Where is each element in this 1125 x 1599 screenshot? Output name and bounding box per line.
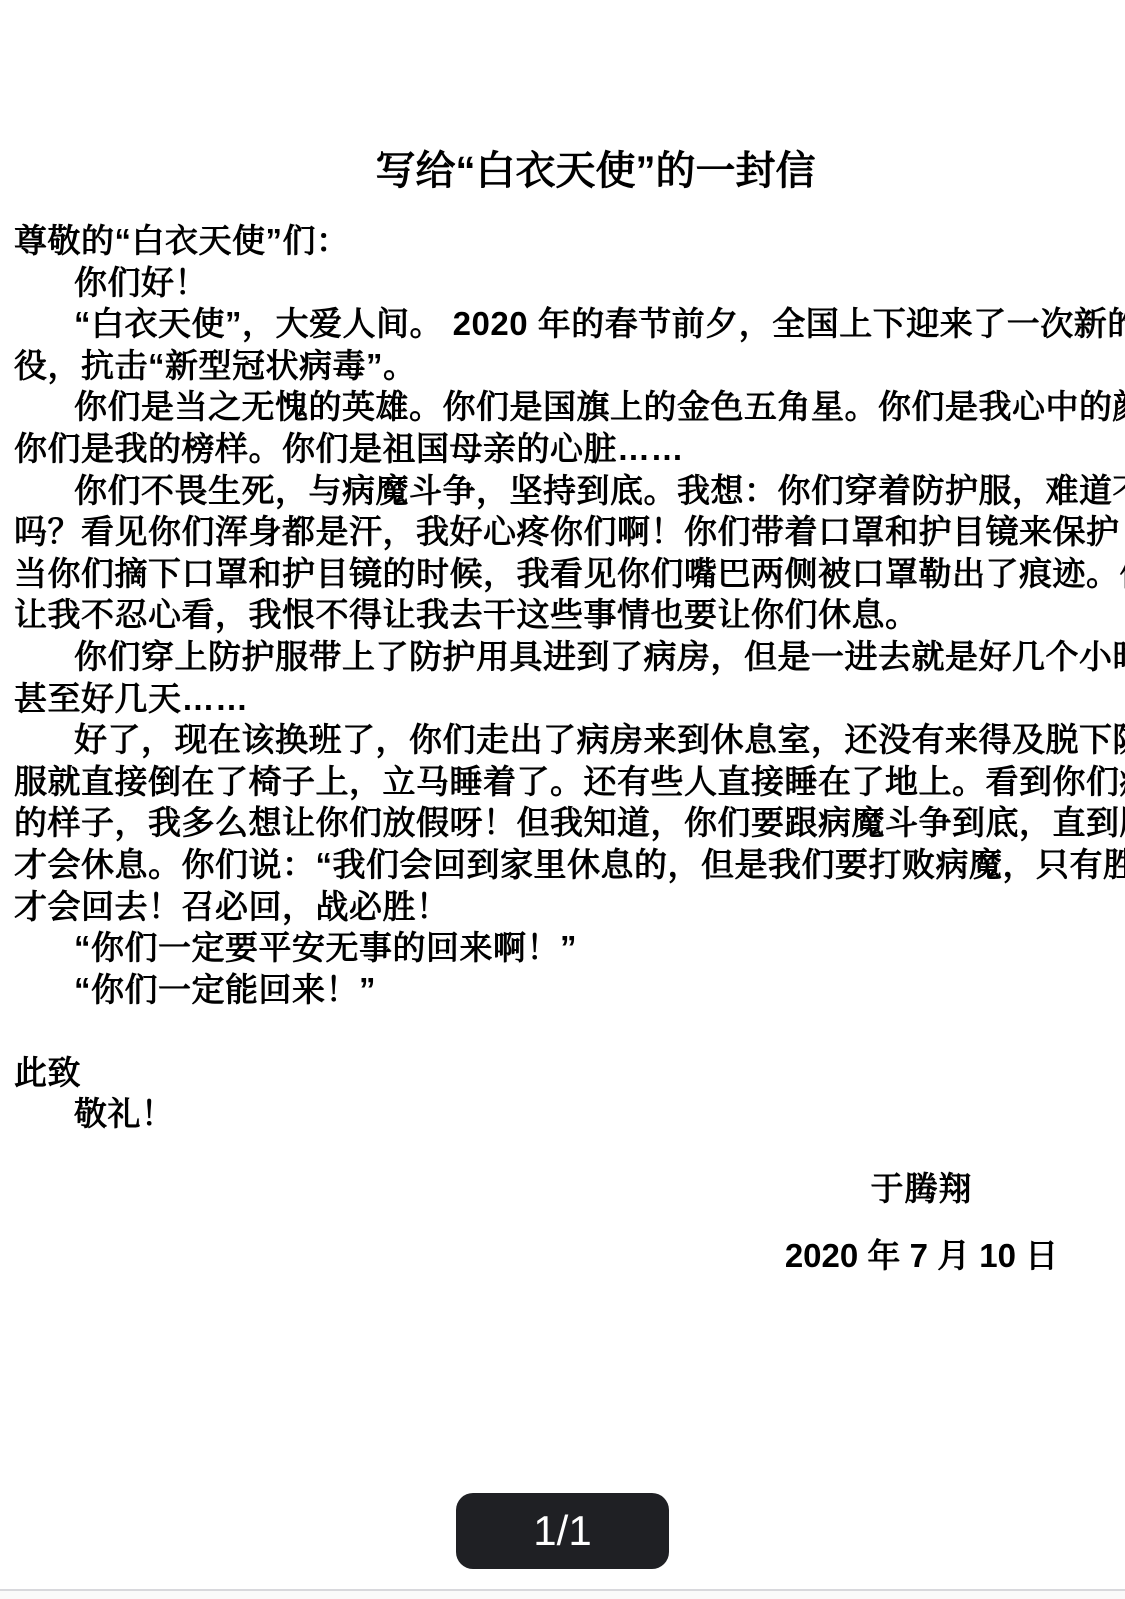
letter-line: “你们一定能回来！” [14, 969, 1109, 1011]
letter-line: 当你们摘下口罩和护目镜的时候，我看见你们嘴巴两侧被口罩勒出了痕迹。你们 [14, 553, 1109, 595]
letter-line: 吗？看见你们浑身都是汗，我好心疼你们啊！你们带着口罩和护目镜来保护自己， [14, 511, 1109, 553]
letter-line: “你们一定要平安无事的回来啊！” [14, 927, 1109, 969]
letter-line: 你们是当之无愧的英雄。你们是国旗上的金色五角星。你们是我心中的颜色。 [14, 386, 1109, 428]
letter-line: 此致 [14, 1052, 1109, 1094]
letter-line: 服就直接倒在了椅子上，立马睡着了。还有些人直接睡在了地上。看到你们疲惫 [14, 761, 1109, 803]
signature-date: 2020 年 7 月 10 日 [734, 1235, 1109, 1276]
letter-line: 好了，现在该换班了，你们走出了病房来到休息室，还没有来得及脱下防护 [14, 719, 1109, 761]
letter-line: 让我不忍心看，我恨不得让我去干这些事情也要让你们休息。 [14, 594, 1109, 636]
letter-line: 甚至好几天…… [14, 678, 1109, 720]
footer-strip [0, 1591, 1125, 1599]
letter-line: 才会休息。你们说：“我们会回到家里休息的，但是我们要打败病魔，只有胜利后， [14, 844, 1109, 886]
signature-block: 于腾翔 2020 年 7 月 10 日 [734, 1168, 1109, 1276]
letter-line: 役，抗击“新型冠状病毒”。 [14, 345, 1109, 387]
letter-line: 才会回去！召必回，战必胜！ [14, 886, 1109, 928]
letter-line: 敬礼！ [14, 1093, 1109, 1135]
document-preview: { "letter": { "title": "写给“白衣天使”的一封信", "… [0, 0, 1125, 1599]
signature-name: 于腾翔 [734, 1168, 1109, 1209]
letter-line: “白衣天使”，大爱人间。 2020 年的春节前夕，全国上下迎来了一次新的战 [14, 303, 1109, 345]
letter-line: 的样子，我多么想让你们放假呀！但我知道，你们要跟病魔斗争到底，直到胜利， [14, 802, 1109, 844]
letter-document: 写给“白衣天使”的一封信 尊敬的“白衣天使”们：你们好！“白衣天使”，大爱人间。… [0, 150, 1125, 1276]
letter-line: 尊敬的“白衣天使”们： [14, 220, 1109, 262]
letter-body: 尊敬的“白衣天使”们：你们好！“白衣天使”，大爱人间。 2020 年的春节前夕，… [14, 220, 1109, 1135]
blank-line [14, 1010, 1109, 1052]
letter-line: 你们是我的榜样。你们是祖国母亲的心脏…… [14, 428, 1109, 470]
letter-title: 写给“白衣天使”的一封信 [82, 150, 1109, 192]
page-indicator: 1/1 [456, 1493, 669, 1569]
letter-line: 你们好！ [14, 262, 1109, 304]
page-indicator-label: 1/1 [533, 1507, 591, 1555]
letter-line: 你们穿上防护服带上了防护用具进到了病房，但是一进去就是好几个小时， [14, 636, 1109, 678]
letter-line: 你们不畏生死，与病魔斗争，坚持到底。我想：你们穿着防护服，难道不累 [14, 470, 1109, 512]
